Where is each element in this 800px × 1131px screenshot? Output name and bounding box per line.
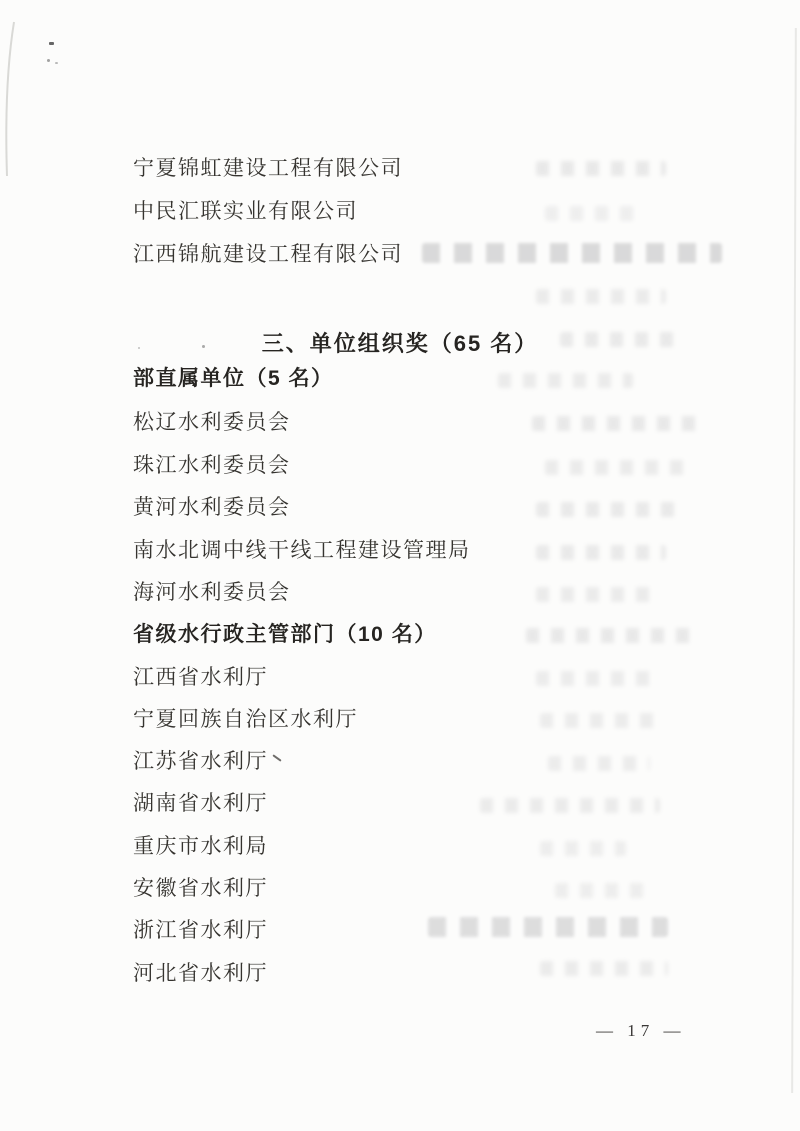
bleedthrough-artifact (540, 961, 668, 976)
bleedthrough-artifact (498, 373, 633, 388)
bleedthrough-artifact (536, 502, 686, 517)
group-heading: 部直属单位（5 名） (133, 368, 334, 389)
bleedthrough-artifact (555, 883, 645, 898)
scan-edge-line (791, 28, 797, 1093)
company-name: 宁夏锦虹建设工程有限公司 (133, 158, 403, 179)
bleedthrough-artifact (526, 628, 691, 643)
bleedthrough-artifact (545, 206, 641, 221)
stray-pen-mark (272, 754, 281, 761)
org-name: 浙江省水利厅 (133, 920, 268, 941)
bleedthrough-artifact (428, 917, 668, 937)
page-number: — 17 — (596, 1021, 686, 1041)
bleedthrough-artifact (545, 460, 685, 475)
org-name: 湖南省水利厅 (133, 793, 268, 814)
group-heading: 省级水行政主管部门（10 名） (133, 624, 437, 645)
bleedthrough-artifact (560, 332, 680, 347)
bleedthrough-artifact (536, 161, 666, 176)
ink-speck (47, 59, 50, 62)
org-name: 珠江水利委员会 (133, 455, 291, 476)
bleedthrough-artifact (536, 289, 666, 304)
bleedthrough-artifact (536, 587, 656, 602)
org-name: 黄河水利委员会 (133, 497, 291, 518)
page-curl-edge (0, 14, 22, 184)
org-name: 江苏省水利厅 (133, 751, 268, 772)
bleedthrough-artifact (536, 545, 666, 560)
ink-speck (55, 62, 58, 64)
org-name: 南水北调中线干线工程建设管理局 (133, 540, 471, 561)
bleedthrough-artifact (548, 756, 650, 771)
org-name: 安徽省水利厅 (133, 878, 268, 899)
company-name: 江西锦航建设工程有限公司 (133, 244, 403, 265)
org-name: 重庆市水利局 (133, 836, 268, 857)
bleedthrough-artifact (480, 798, 660, 813)
org-name: 松辽水利委员会 (133, 412, 291, 433)
bleedthrough-artifact (540, 841, 626, 856)
section-heading: 三、单位组织奖（65 名） (0, 327, 800, 358)
org-name: 河北省水利厅 (133, 963, 268, 984)
org-name: 宁夏回族自治区水利厅 (133, 709, 358, 730)
org-name: 江西省水利厅 (133, 667, 268, 688)
scanned-document-page: 宁夏锦虹建设工程有限公司 中民汇联实业有限公司 江西锦航建设工程有限公司 三、单… (0, 0, 800, 1131)
bleedthrough-artifact (532, 416, 702, 431)
bleedthrough-artifact (540, 713, 660, 728)
company-name: 中民汇联实业有限公司 (133, 201, 358, 222)
bleedthrough-artifact (422, 243, 722, 263)
ink-speck (49, 42, 54, 45)
bleedthrough-artifact (536, 671, 661, 686)
org-name: 海河水利委员会 (133, 582, 291, 603)
